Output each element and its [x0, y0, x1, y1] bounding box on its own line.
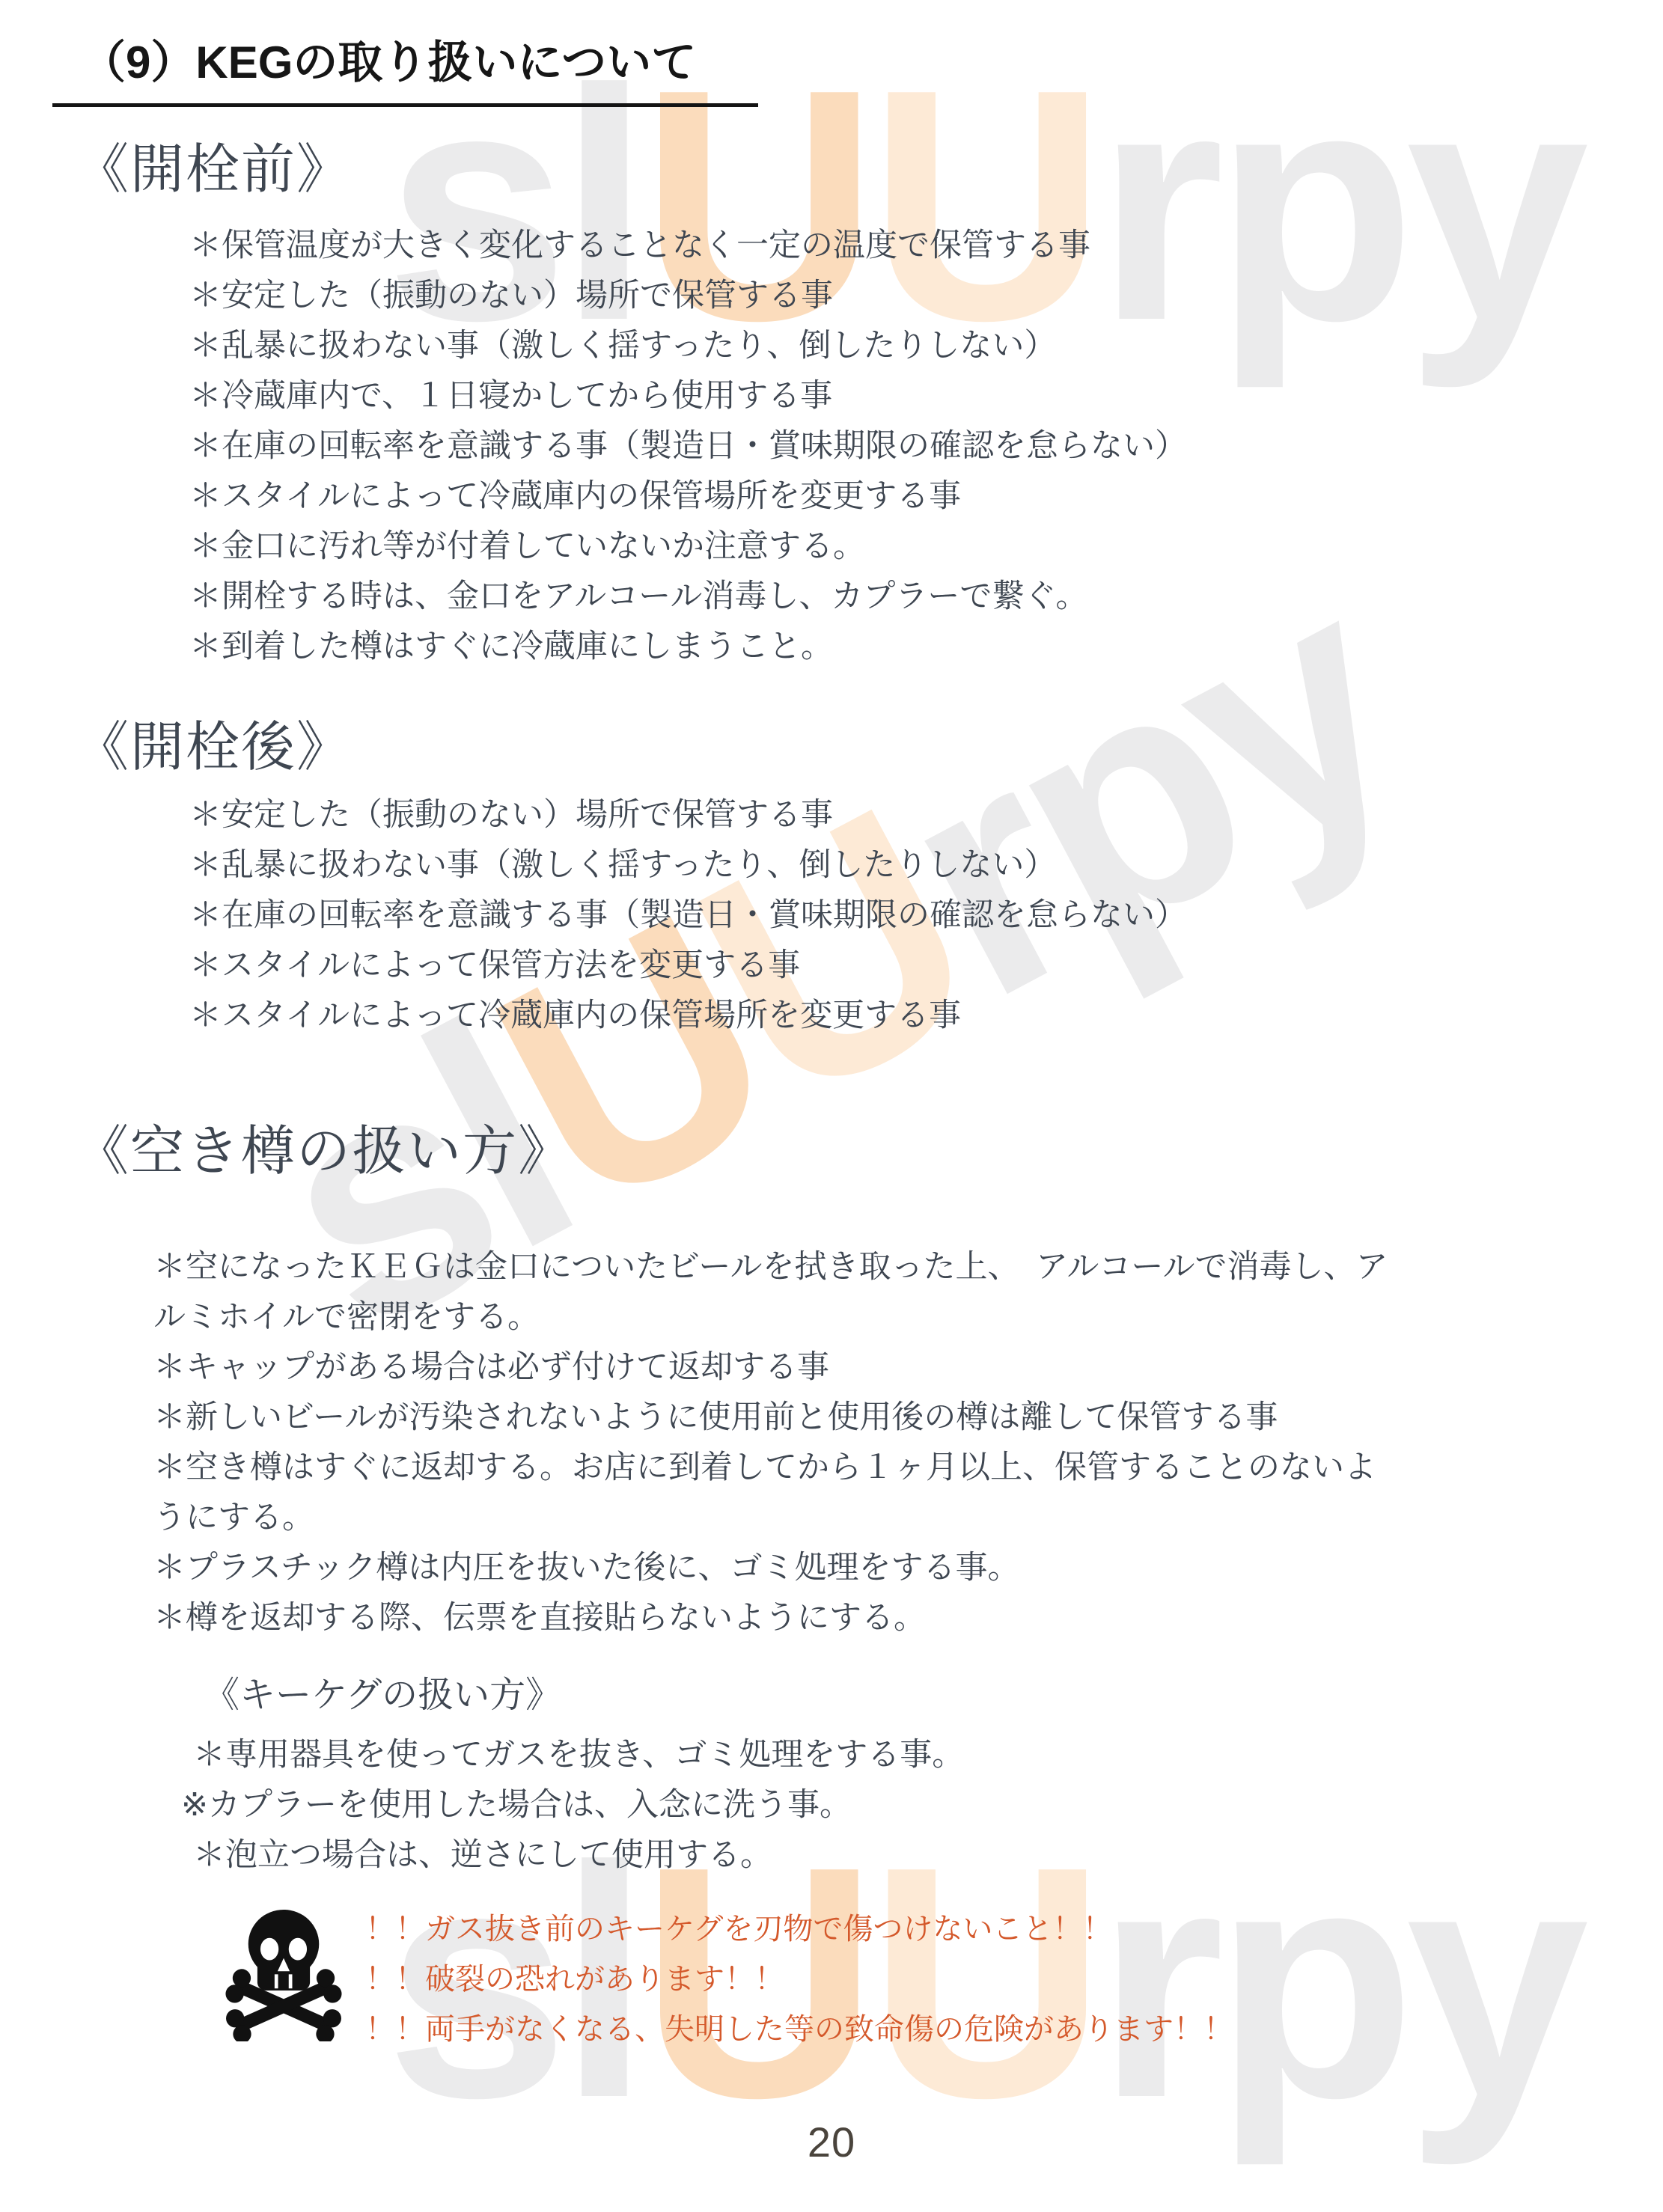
list-item: ＊専用器具を使ってガスを抜き、ゴミ処理をする事。	[193, 1730, 964, 1780]
list-item: ＊冷蔵庫内で、１日寝かしてから使用する事	[189, 371, 1187, 421]
list-item: ＊乱暴に扱わない事（激しく揺すったり、倒したりしない）	[189, 321, 1187, 371]
list-empty-keg: ＊空になったＫＥＧは金口についたビールを拭き取った上、 アルコールで消毒し、アル…	[153, 1242, 1392, 1643]
list-item: ＊到着した樽はすぐに冷蔵庫にしまうこと。	[189, 622, 1187, 672]
skull-crossbones-icon	[223, 1905, 344, 2041]
warning-text: ！！ガス抜き前のキーケグを刃物で傷つけないこと！！ ！！破裂の恐れがあります！！…	[365, 1904, 1233, 2055]
list-item: ＊安定した（振動のない）場所で保管する事	[189, 271, 1187, 321]
list-item: ＊開栓する時は、金口をアルコール消毒し、カプラーで繋ぐ。	[189, 572, 1187, 622]
section-heading-before-opening: 《開栓前》	[75, 126, 352, 204]
list-item: ※カプラーを使用した場合は、入念に洗う事。	[181, 1780, 964, 1830]
list-item: ＊スタイルによって冷蔵庫内の保管場所を変更する事	[189, 991, 1187, 1041]
subsection-heading-keykeg: 《キーケグの扱い方》	[204, 1666, 561, 1717]
warning-line: ！！両手がなくなる、失明した等の致命傷の危険があります！！	[365, 2005, 1233, 2055]
list-keykeg: ＊専用器具を使ってガスを抜き、ゴミ処理をする事。 ※カプラーを使用した場合は、入…	[193, 1730, 964, 1880]
list-item: ＊在庫の回転率を意識する事（製造日・賞味期限の確認を怠らない）	[189, 421, 1187, 471]
list-item: ＊プラスチック樽は内圧を抜いた後に、ゴミ処理をする事。	[153, 1543, 1392, 1593]
section-heading-after-opening: 《開栓後》	[75, 703, 352, 781]
list-after-opening: ＊安定した（振動のない）場所で保管する事 ＊乱暴に扱わない事（激しく揺すったり、…	[189, 790, 1187, 1041]
list-item: ＊泡立つ場合は、逆さにして使用する。	[193, 1830, 964, 1880]
warning-line: ！！ガス抜き前のキーケグを刃物で傷つけないこと！！	[365, 1904, 1233, 1955]
list-item: ＊樽を返却する際、伝票を直接貼らないようにする。	[153, 1593, 1392, 1643]
list-item: ＊保管温度が大きく変化することなく一定の温度で保管する事	[189, 221, 1187, 271]
document-page: slUUrpy slUUrpy slUUrpy （9）KEGの取り扱いについて …	[0, 0, 1663, 2212]
list-item: ＊乱暴に扱わない事（激しく揺すったり、倒したりしない）	[189, 840, 1187, 890]
page-number: 20	[0, 2118, 1663, 2166]
page-title: （9）KEGの取り扱いについて	[52, 27, 758, 107]
list-item: ＊キャップがある場合は必ず付けて返却する事	[153, 1342, 1392, 1393]
list-item: ＊空になったＫＥＧは金口についたビールを拭き取った上、 アルコールで消毒し、アル…	[153, 1242, 1392, 1342]
list-item: ＊スタイルによって保管方法を変更する事	[189, 941, 1187, 991]
list-item: ＊新しいビールが汚染されないように使用前と使用後の樽は離して保管する事	[153, 1393, 1392, 1443]
section-heading-empty-keg: 《空き樽の扱い方》	[75, 1107, 573, 1185]
list-item: ＊金口に汚れ等が付着していないか注意する。	[189, 522, 1187, 572]
list-item: ＊スタイルによって冷蔵庫内の保管場所を変更する事	[189, 471, 1187, 522]
list-item: ＊在庫の回転率を意識する事（製造日・賞味期限の確認を怠らない）	[189, 890, 1187, 941]
list-item: ＊安定した（振動のない）場所で保管する事	[189, 790, 1187, 840]
list-item: ＊空き樽はすぐに返却する。お店に到着してから１ヶ月以上、保管することのないように…	[153, 1443, 1392, 1543]
list-before-opening: ＊保管温度が大きく変化することなく一定の温度で保管する事 ＊安定した（振動のない…	[189, 221, 1187, 672]
warning-line: ！！破裂の恐れがあります！！	[365, 1955, 1233, 2005]
